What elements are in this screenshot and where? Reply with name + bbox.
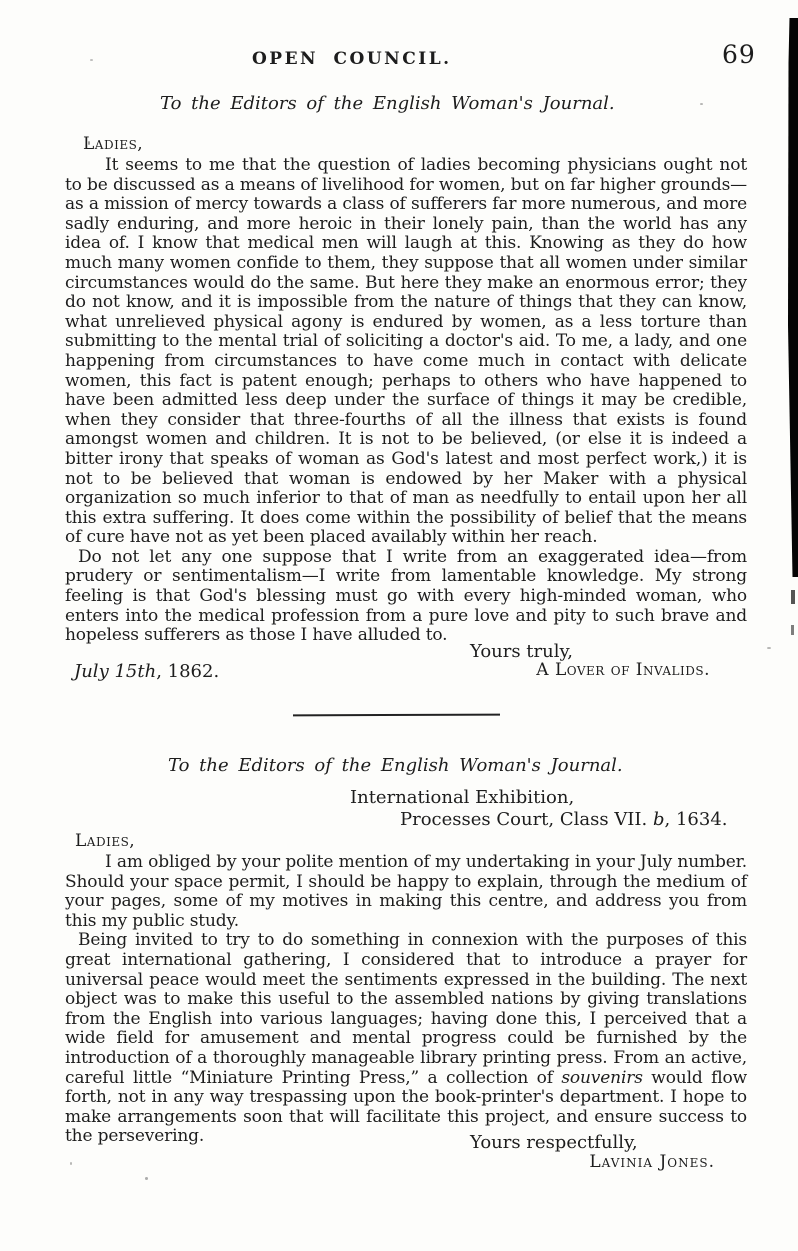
letter2-address-number: , 1634. xyxy=(665,809,728,830)
scan-speck xyxy=(700,103,703,105)
letter2-valediction: Yours respectfully, xyxy=(470,1132,638,1153)
letter1-paragraph: Do not let any one suppose that I write … xyxy=(65,548,747,646)
letter2-address-court: Processes Court, Class VII. xyxy=(400,809,653,830)
scan-artifact-mark xyxy=(791,590,795,604)
letter2-salutation: Ladies, xyxy=(75,831,135,851)
running-title: OPEN COUNCIL. xyxy=(252,49,452,69)
scan-artifact-mark xyxy=(791,625,794,635)
scan-speck xyxy=(90,59,93,61)
letter1-salutation: Ladies, xyxy=(83,134,143,154)
scan-artifact-bar xyxy=(788,18,798,577)
scan-speck xyxy=(767,647,771,649)
letter1-body: It seems to me that the question of ladi… xyxy=(65,156,747,646)
letter2-address-line1: International Exhibition, xyxy=(350,787,574,808)
letter2-address-class-letter: b xyxy=(653,809,665,830)
page-number: 69 xyxy=(722,40,756,69)
letter1-heading: To the Editors of the English Woman's Jo… xyxy=(160,93,615,114)
letter2-body: I am obliged by your polite mention of m… xyxy=(65,853,747,1147)
letter1-valediction: Yours truly, xyxy=(470,641,573,662)
letter1-date-roman: , 1862. xyxy=(156,661,219,682)
scan-speck xyxy=(145,1177,148,1180)
letter1-date: July 15th, 1862. xyxy=(74,661,219,682)
letter2-heading: To the Editors of the English Woman's Jo… xyxy=(168,755,623,776)
section-divider xyxy=(293,714,500,717)
letter2-souvenirs-italic: souvenirs xyxy=(561,1068,642,1088)
letter2-signature: Lavinia Jones. xyxy=(589,1152,715,1172)
letter1-signature: A Lover of Invalids. xyxy=(536,660,710,680)
letter2-paragraph: Being invited to try to do something in … xyxy=(65,931,747,1147)
letter2-address-line2: Processes Court, Class VII. b, 1634. xyxy=(400,809,728,830)
letter2-paragraph: I am obliged by your polite mention of m… xyxy=(65,853,747,931)
scanned-journal-page: OPEN COUNCIL. 69 To the Editors of the E… xyxy=(0,0,798,1251)
letter1-paragraph: It seems to me that the question of ladi… xyxy=(65,156,747,548)
letter2-paragraph-text: Being invited to try to do something in … xyxy=(65,930,747,1087)
letter1-date-italic: July 15th xyxy=(74,661,156,682)
scan-speck xyxy=(70,1162,72,1165)
